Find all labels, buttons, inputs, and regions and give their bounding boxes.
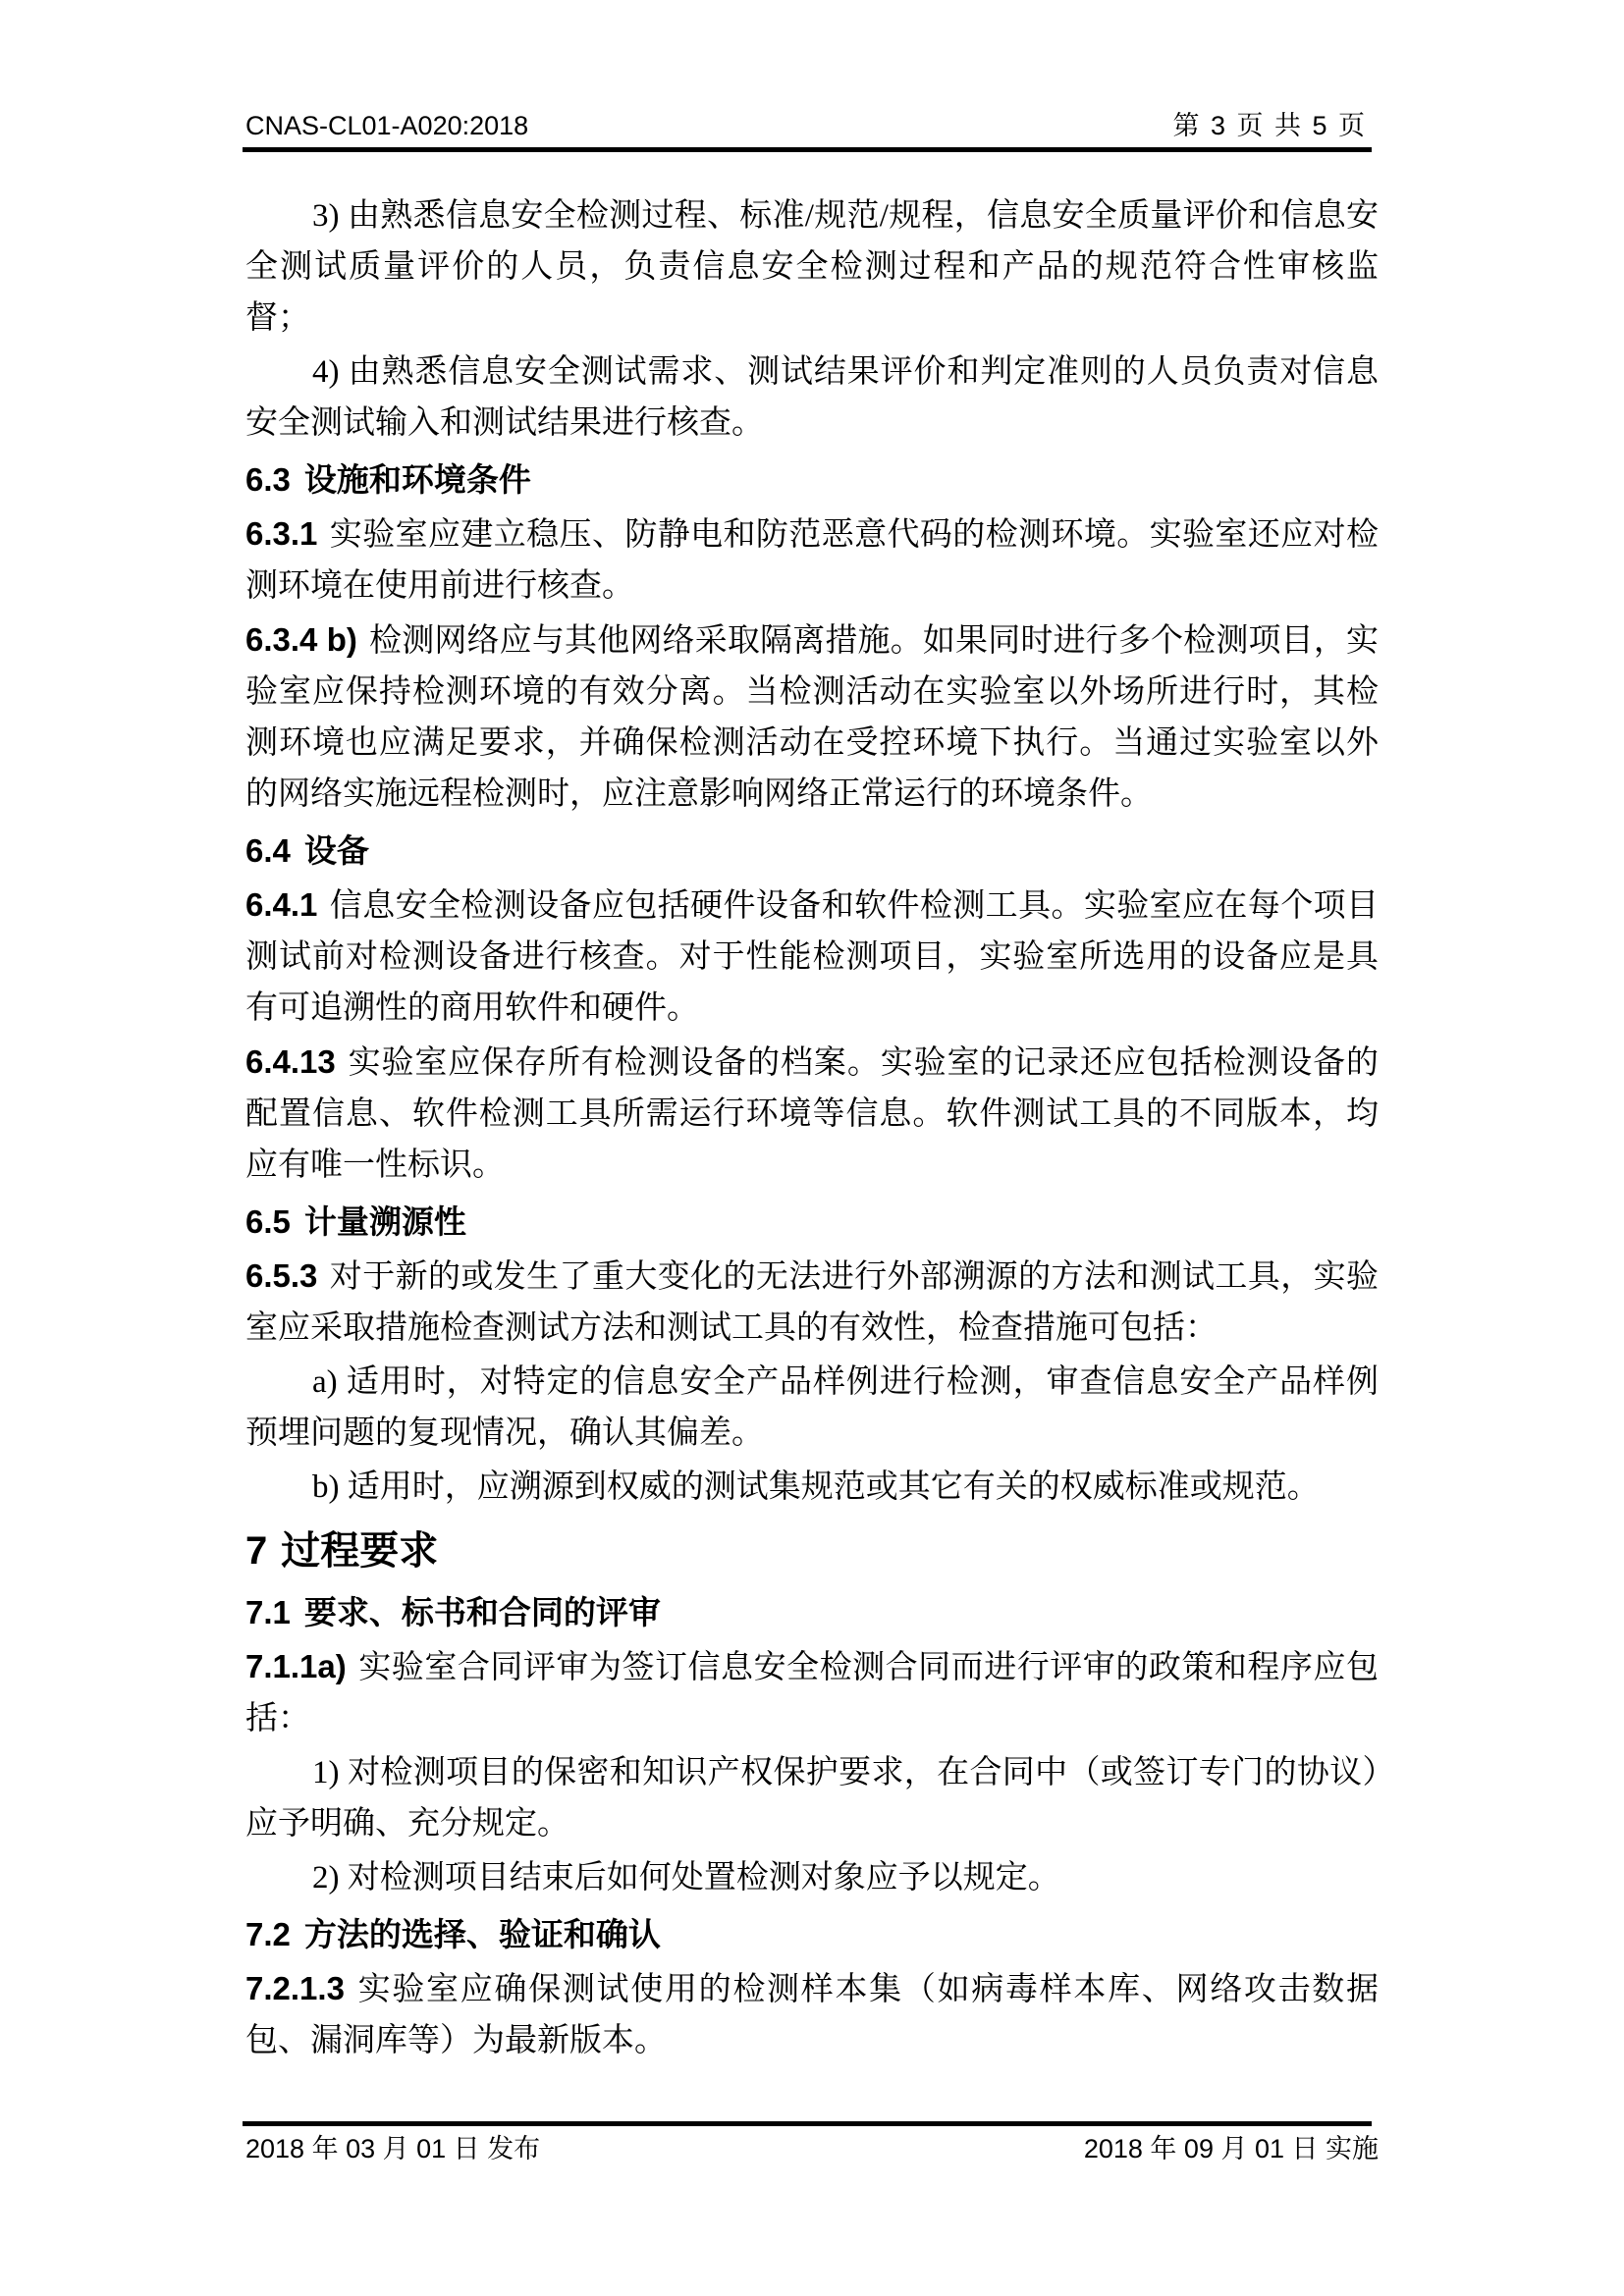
section-heading: 6.5计量溯源性: [245, 1197, 1379, 1248]
header-rule: [243, 147, 1372, 152]
paragraph: 6.3.1实验室应建立稳压、防静电和防范恶意代码的检测环境。实验室还应对检测环境…: [245, 508, 1379, 612]
clause-number: 6.4: [245, 832, 291, 869]
section-heading: 6.4设备: [245, 826, 1379, 877]
page-footer: 2018 年 03 月 01 日 发布 2018 年 09 月 01 日 实施: [245, 2132, 1379, 2165]
paragraph: 6.4.1信息安全检测设备应包括硬件设备和软件检测工具。实验室应在每个项目测试前…: [245, 880, 1379, 1034]
document-page: { "header": { "doc_code": "CNAS-CL01-A02…: [0, 0, 1624, 2296]
clause-number: 7.2: [245, 1916, 291, 1952]
paragraph: 6.5.3对于新的或发生了重大变化的无法进行外部溯源的方法和测试工具，实验室应采…: [245, 1251, 1379, 1354]
clause-number: 6.5: [245, 1203, 291, 1240]
paragraph: 7.2.1.3实验室应确保测试使用的检测样本集（如病毒样本库、网络攻击数据包、漏…: [245, 1963, 1379, 2066]
footer-rule: [243, 2121, 1372, 2126]
clause-number: 6.3.1: [245, 515, 317, 552]
implement-date: 2018 年 09 月 01 日 实施: [1084, 2132, 1379, 2165]
clause-number: 7.1: [245, 1594, 291, 1630]
paragraph: 3) 由熟悉信息安全检测过程、标准/规范/规程，信息安全质量评价和信息安全测试质…: [245, 190, 1379, 344]
clause-number: 6.4.1: [245, 886, 317, 923]
paragraph: 6.3.4 b)检测网络应与其他网络采取隔离措施。如果同时进行多个检测项目，实验…: [245, 614, 1379, 820]
clause-number: 6.3: [245, 461, 291, 498]
clause-number: 7: [245, 1529, 267, 1573]
clause-number: 6.4.13: [245, 1043, 336, 1080]
doc-code: CNAS-CL01-A020:2018: [245, 110, 528, 141]
page-header: CNAS-CL01-A020:2018 第 3 页 共 5 页: [245, 110, 1379, 141]
paragraph: a) 适用时，对特定的信息安全产品样例进行检测，审查信息安全产品样例预埋问题的复…: [245, 1357, 1379, 1459]
paragraph: 1) 对检测项目的保密和知识产权保护要求，在合同中（或签订专门的协议）应予明确、…: [245, 1747, 1379, 1849]
clause-number: 6.3.4 b): [245, 621, 357, 658]
document-body: 3) 由熟悉信息安全检测过程、标准/规范/规程，信息安全质量评价和信息安全测试质…: [245, 190, 1379, 2066]
section-heading: 7.2方法的选择、验证和确认: [245, 1909, 1379, 1960]
paragraph: 7.1.1a)实验室合同评审为签订信息安全检测合同而进行评审的政策和程序应包括：: [245, 1641, 1379, 1744]
page-number: 第 3 页 共 5 页: [1172, 110, 1379, 141]
paragraph: 6.4.13实验室应保存所有检测设备的档案。实验室的记录还应包括检测设备的配置信…: [245, 1037, 1379, 1191]
section-heading: 7过程要求: [245, 1521, 1379, 1581]
section-heading: 7.1要求、标书和合同的评审: [245, 1587, 1379, 1638]
clause-number: 7.2.1.3: [245, 1970, 345, 2006]
paragraph: 4) 由熟悉信息安全测试需求、测试结果评价和判定准则的人员负责对信息安全测试输入…: [245, 347, 1379, 449]
section-heading: 6.3设施和环境条件: [245, 454, 1379, 506]
paragraph: 2) 对检测项目结束后如何处置检测对象应予以规定。: [245, 1852, 1379, 1903]
clause-number: 6.5.3: [245, 1257, 317, 1294]
release-date: 2018 年 03 月 01 日 发布: [245, 2132, 540, 2165]
paragraph: b) 适用时，应溯源到权威的测试集规范或其它有关的权威标准或规范。: [245, 1462, 1379, 1513]
clause-number: 7.1.1a): [245, 1648, 347, 1684]
